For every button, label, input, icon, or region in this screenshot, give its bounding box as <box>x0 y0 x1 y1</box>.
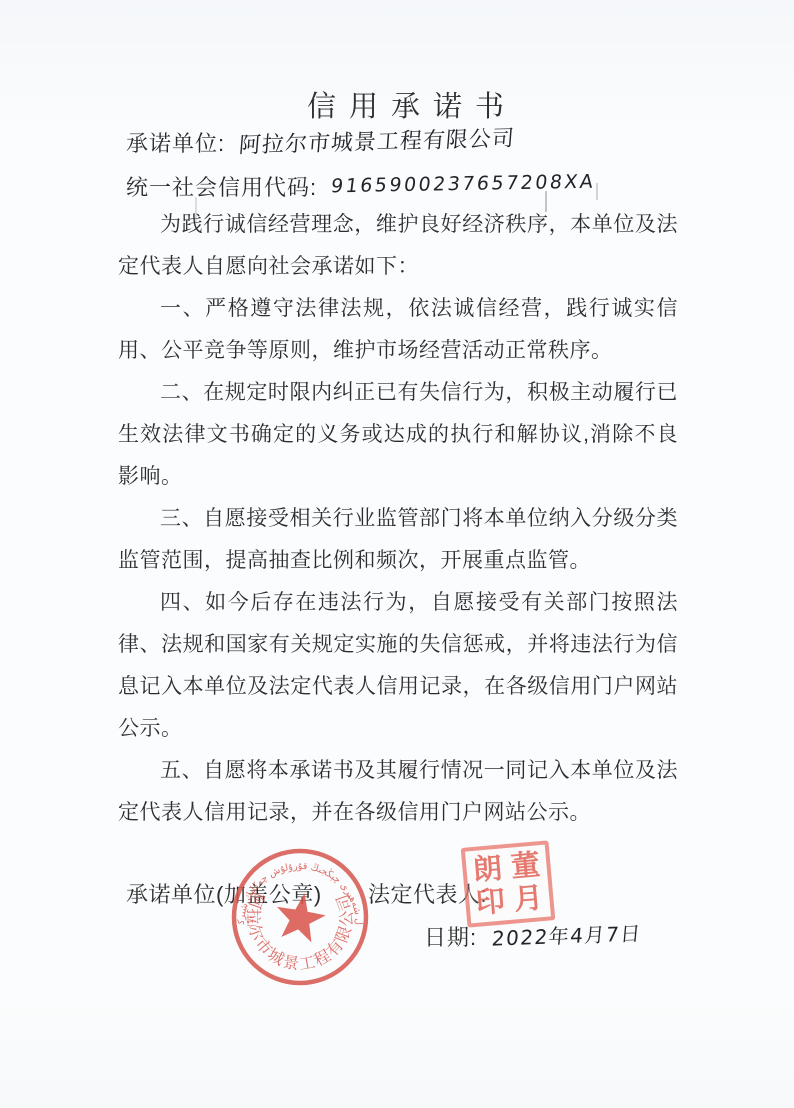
name-seal-char: 月 <box>508 881 549 917</box>
intro-paragraph: 为践行诚信经营理念，维护良好经济秩序，本单位及法定代表人自愿向社会承诺如下： <box>118 204 678 288</box>
document-title: 信用承诺书 <box>0 84 794 125</box>
commitment-item-3: 三、自愿接受相关行业监管部门将本单位纳入分级分类监管范围，提高抽查比例和频次，开… <box>118 498 678 582</box>
stamp-star-icon <box>272 889 329 944</box>
legal-representative-name-seal: 朗 董 印 月 <box>461 840 556 927</box>
credit-code-label: 统一社会信用代码: <box>126 171 317 202</box>
commitment-item-1: 一、严格遵守法律法规，依法诚信经营，践行诚实信用、公平竞争等原则，维护市场经营活… <box>118 288 678 372</box>
commitment-item-5: 五、自愿将本承诺书及其履行情况一同记入本单位及法定代表人信用记录，并在各级信用门… <box>118 750 678 834</box>
name-seal-char: 董 <box>505 848 546 884</box>
scan-artifact-mark <box>596 183 598 200</box>
commitment-body: 为践行诚信经营理念，维护良好经济秩序，本单位及法定代表人自愿向社会承诺如下： 一… <box>118 204 678 834</box>
credit-code-handwritten-value: 9165900237657208XA <box>330 171 597 198</box>
company-round-stamp: ئارال شەھىرى چېڭجىڭ قۇرۇلۇش چەكلىك شىركى… <box>220 837 380 997</box>
scanned-document-page: 信用承诺书 承诺单位: 阿拉尔市城景工程有限公司 统一社会信用代码: 91659… <box>0 0 794 1108</box>
commitment-item-2: 二、在规定时限内纠正已有失信行为，积极主动履行已生效法律文书确定的义务或达成的执… <box>118 372 678 498</box>
name-seal-char: 朗 <box>467 851 508 887</box>
unit-handwritten-value: 阿拉尔市城景工程有限公司 <box>238 121 516 159</box>
unit-label: 承诺单位: <box>126 127 225 158</box>
scan-artifact-mark <box>195 197 197 223</box>
scan-artifact-mark <box>545 191 547 212</box>
stamp-code-mark: (1) <box>246 916 255 927</box>
unit-field-row: 承诺单位: 阿拉尔市城景工程有限公司 <box>126 127 515 158</box>
name-seal-char: 印 <box>470 884 511 920</box>
commitment-item-4: 四、如今后存在违法行为，自愿接受有关部门按照法律、法规和国家有关规定实施的失信惩… <box>118 582 678 750</box>
